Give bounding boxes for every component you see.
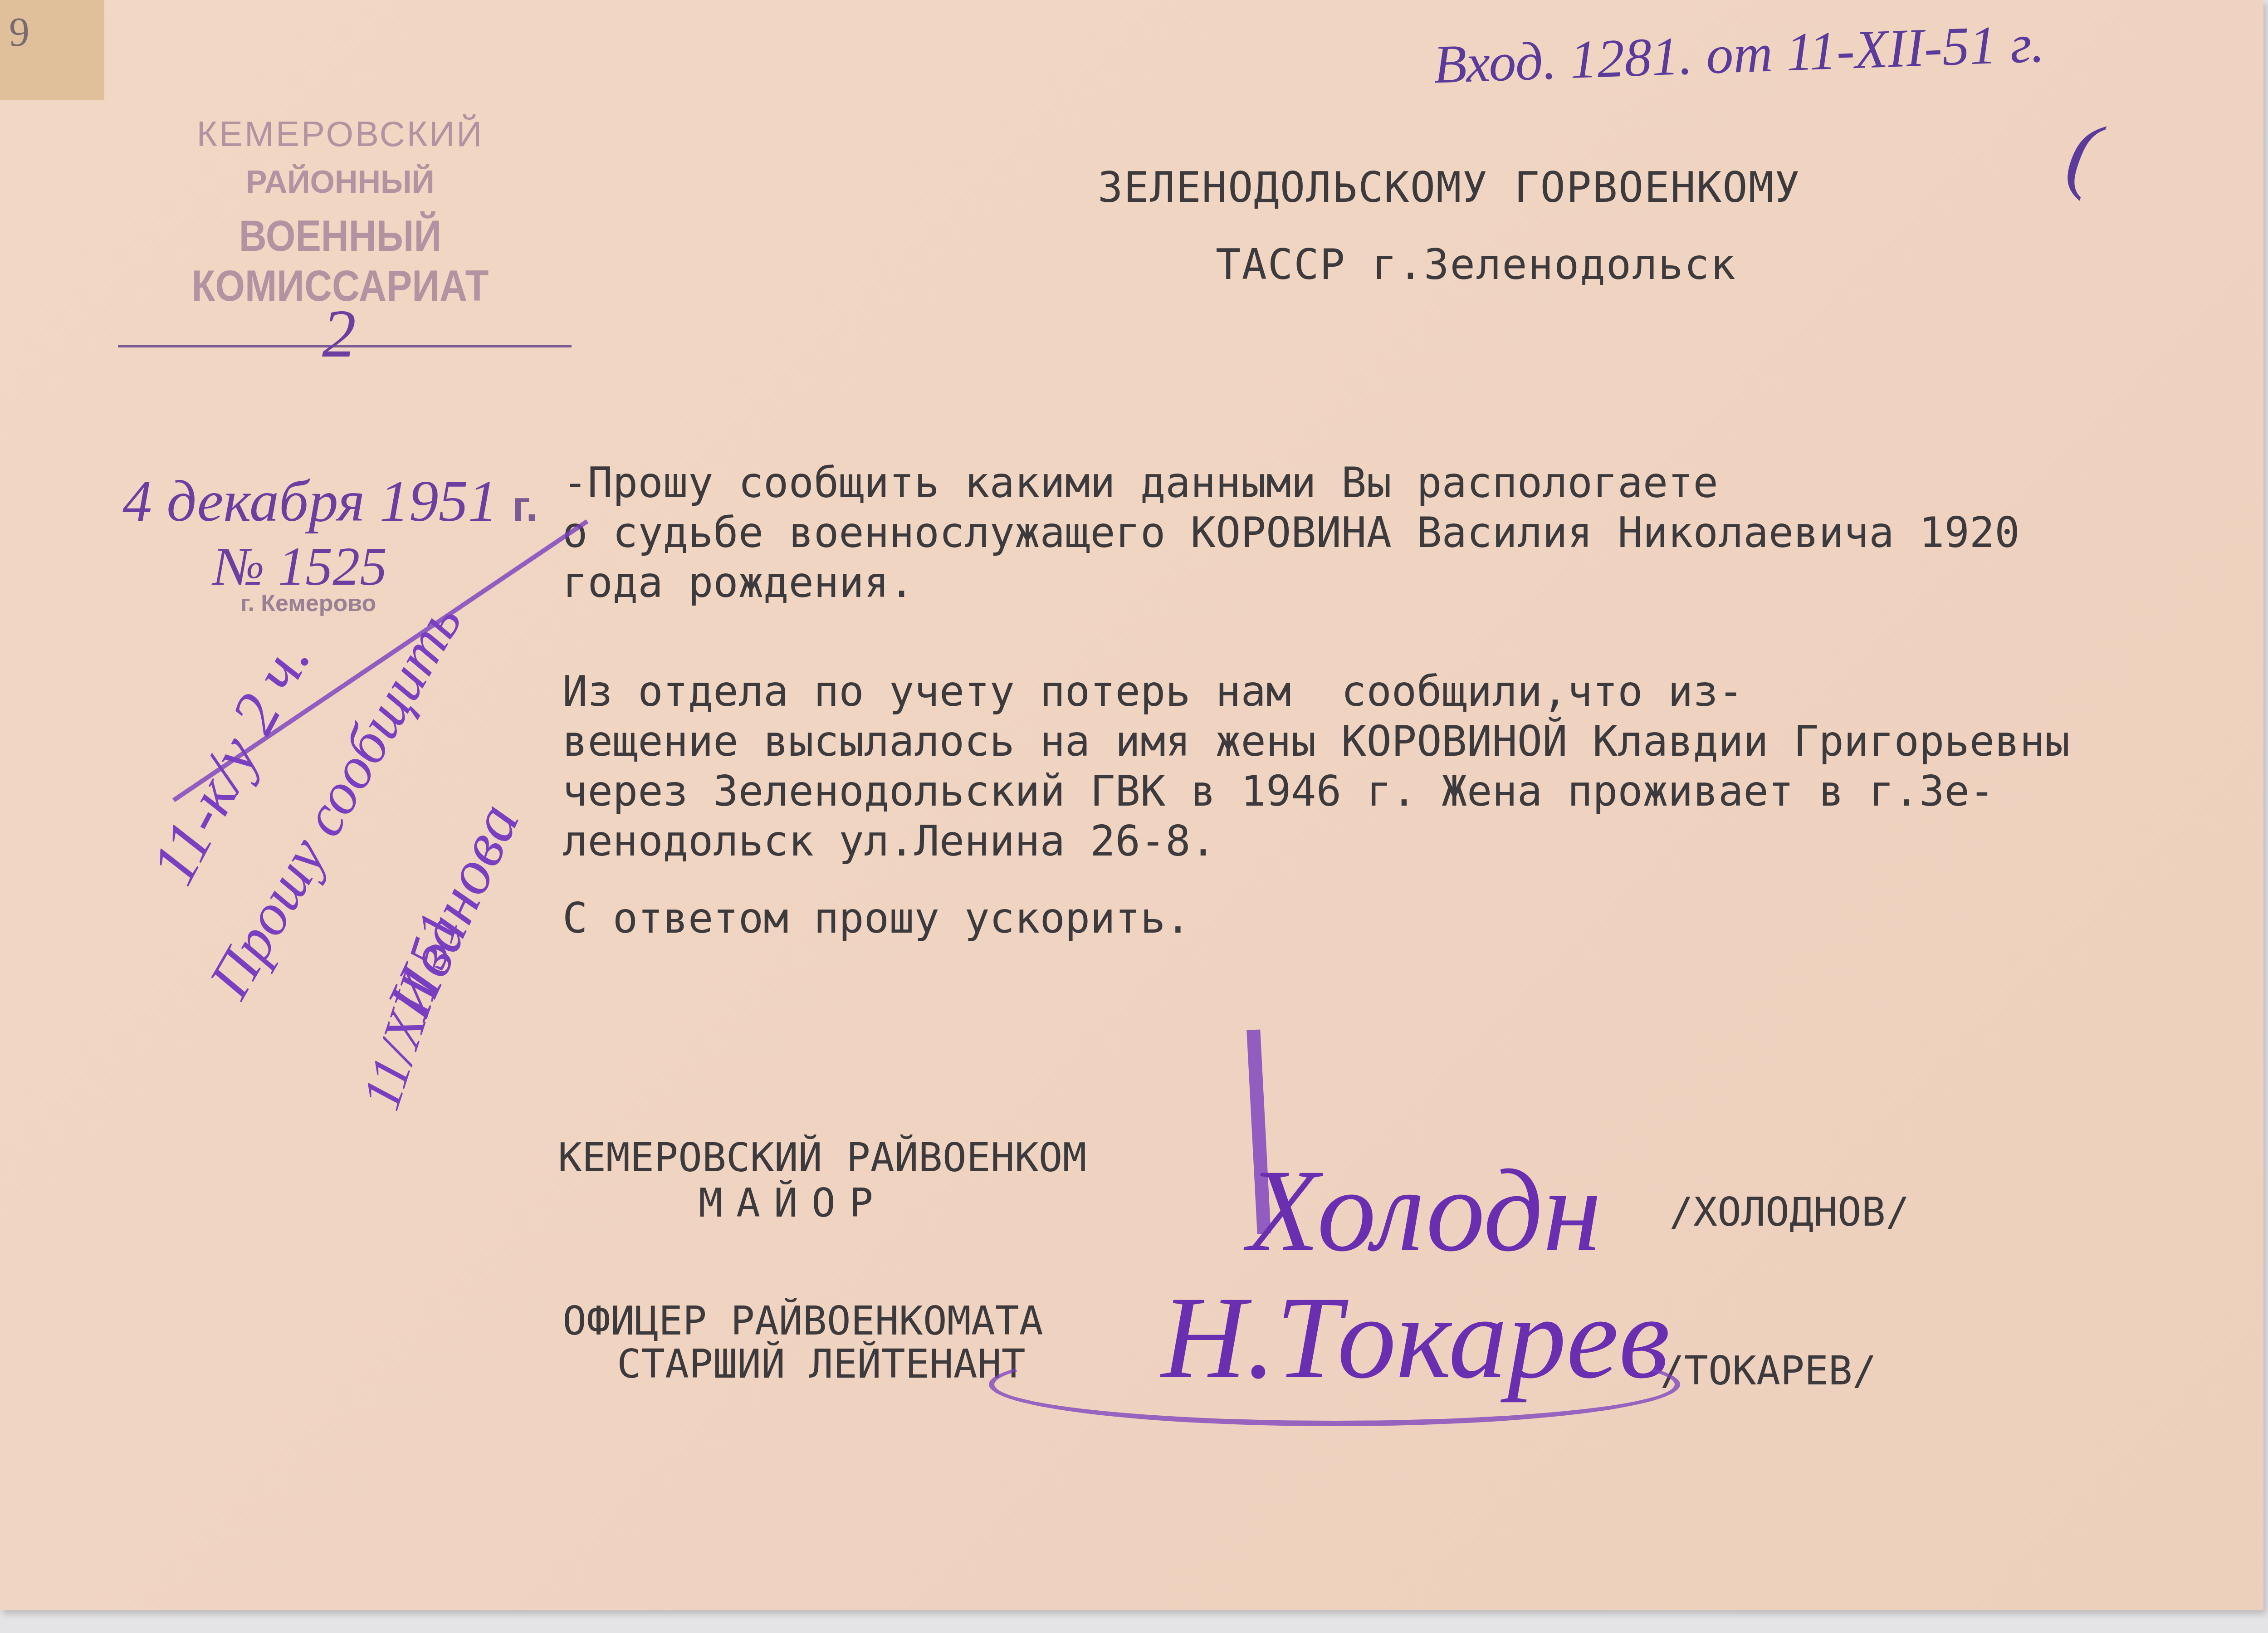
date-day: 4 — [122, 469, 152, 534]
stamp-number-line: 2 — [118, 345, 572, 347]
corner-tab: 9 — [0, 0, 104, 100]
incoming-registration-note: Вход. 1281. от 11-XII-51 г. — [1432, 12, 2045, 96]
corner-mark: 9 — [9, 9, 29, 56]
signatory-2-name: /ТОКАРЕВ/ — [1660, 1347, 1877, 1394]
stamp-line-2: РАЙОННЫЙ — [91, 164, 590, 200]
margin-note-date: 11/XII 51 — [349, 905, 472, 1117]
incoming-mark: ( — [2060, 103, 2106, 205]
stamp-city: г. Кемерово — [240, 590, 376, 617]
signatory-2-rank: СТАРШИЙ ЛЕЙТЕНАНТ — [617, 1340, 1026, 1387]
stamp-line-1: КЕМЕРОВСКИЙ — [91, 113, 590, 155]
signature-1: Холодн — [1247, 1143, 1602, 1279]
body-paragraph-2: Из отдела по учету потерь нам сообщили,ч… — [562, 667, 2070, 866]
body-paragraph-3: С ответом прошу ускорить. — [562, 894, 1191, 944]
document-page: 9 КЕМЕРОВСКИЙ РАЙОННЫЙ ВОЕННЫЙ КОМИССАРИ… — [0, 0, 2263, 1610]
addressee-line-1: ЗЕЛЕНОДОЛЬСКОМУ ГОРВОЕНКОМУ — [1098, 163, 1801, 212]
reg-number: 1525 — [278, 536, 387, 596]
stamp-number: 2 — [322, 295, 356, 373]
commissariat-stamp: КЕМЕРОВСКИЙ РАЙОННЫЙ ВОЕННЫЙ КОМИССАРИАТ — [91, 113, 590, 311]
reg-prefix: № — [213, 536, 264, 596]
body-paragraph-1: -Прошу сообщить какими данными Вы распол… — [562, 458, 2020, 608]
signatory-1-rank: МАЙОР — [699, 1179, 887, 1226]
signatory-1-title: КЕМЕРОВСКИЙ РАЙВОЕНКОМ — [558, 1134, 1087, 1181]
date-suffix: г. — [512, 482, 538, 530]
signatory-2-title: ОФИЦЕР РАЙВОЕНКОМАТА — [562, 1297, 1043, 1344]
registration-number: № 1525 — [213, 535, 387, 598]
outgoing-date: 4 декабря 1951 г. — [122, 467, 538, 535]
date-month: декабря — [167, 469, 365, 534]
signature-2-flourish — [989, 1343, 1680, 1426]
signatory-1-name: /ХОЛОДНОВ/ — [1669, 1188, 1910, 1235]
addressee-line-2: ТАССР г.Зеленодольск — [1216, 240, 1736, 289]
date-year: 1951 — [380, 469, 498, 534]
